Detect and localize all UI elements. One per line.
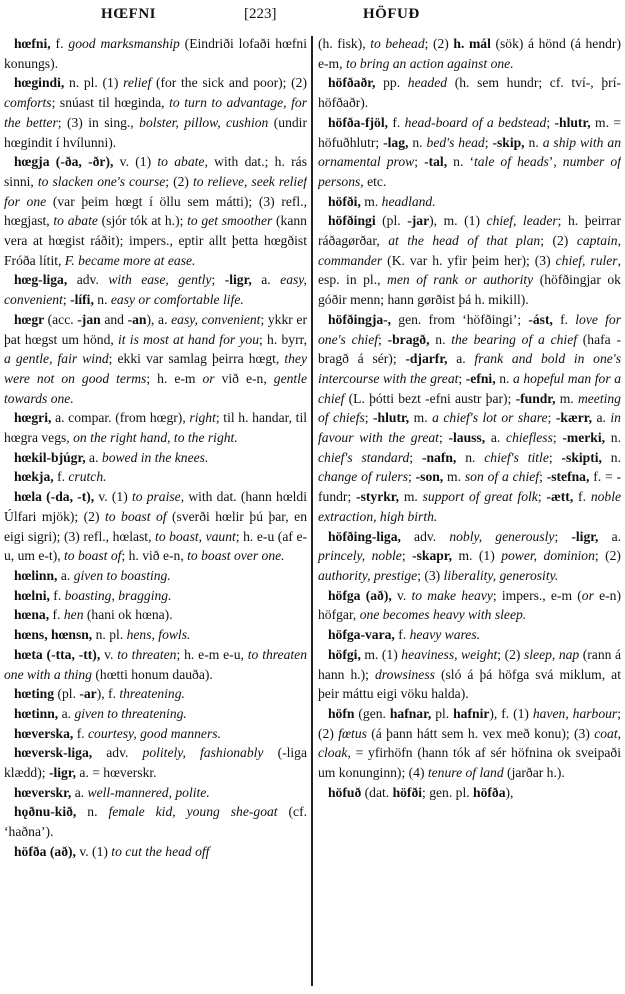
headword: hœla (-da, -t), bbox=[14, 489, 98, 504]
entry-text: a. bbox=[75, 785, 88, 800]
definition: tenure of land bbox=[428, 765, 504, 780]
headword: höfgi, bbox=[328, 647, 364, 662]
dictionary-entry: höfga (að), v. to make heavy; impers., e… bbox=[318, 586, 621, 625]
entry-text: ; (2) bbox=[165, 174, 193, 189]
definition: chief's title bbox=[484, 450, 549, 465]
headword: höfuð bbox=[328, 785, 365, 800]
page-number: [223] bbox=[244, 6, 277, 23]
entry-text: and bbox=[101, 312, 128, 327]
entry-text: f. bbox=[77, 726, 88, 741]
headword: -efni, bbox=[466, 371, 499, 386]
definition: nobly, generously bbox=[449, 529, 554, 544]
definition: a gentle, fair wind bbox=[4, 351, 109, 366]
definition: chief, ruler bbox=[556, 253, 618, 268]
definition: power, dominion bbox=[501, 548, 595, 563]
headword: höfði bbox=[393, 785, 422, 800]
entry-text: ; ekki var samlag þeirra hœgt, bbox=[109, 351, 285, 366]
entry-text: ; h. e-m bbox=[146, 371, 202, 386]
headword: hœting bbox=[14, 686, 57, 701]
definition: easy or comfortable life. bbox=[111, 292, 244, 307]
definition: hen bbox=[64, 607, 84, 622]
entry-text: a. bbox=[612, 529, 621, 544]
entry-text: n. pl. (1) bbox=[69, 75, 123, 90]
entry-text: n. bbox=[87, 804, 108, 819]
entry-text: f. bbox=[56, 36, 69, 51]
entry-text: (hœtti honum dauða). bbox=[92, 667, 213, 682]
headword: -skipti, bbox=[562, 450, 611, 465]
headword: hǫðnu-kið, bbox=[14, 804, 87, 819]
headword: -ar bbox=[79, 686, 96, 701]
entry-text: a. bbox=[62, 706, 75, 721]
headword: -lag, bbox=[383, 135, 412, 150]
entry-text: ; bbox=[549, 450, 562, 465]
entry-text: ; bbox=[554, 529, 571, 544]
headword: -bragð, bbox=[388, 332, 436, 347]
entry-text: a. bbox=[456, 351, 474, 366]
entry-text: n. bbox=[465, 450, 484, 465]
definition: to make heavy bbox=[412, 588, 493, 603]
entry-text: ; bbox=[211, 272, 224, 287]
definition: sleep, nap bbox=[524, 647, 579, 662]
definition: chiefless bbox=[506, 430, 553, 445]
entry-text: ), a. bbox=[147, 312, 172, 327]
dictionary-entry: hœgri, a. compar. (from hœgr), right; ti… bbox=[4, 408, 307, 447]
definition: to praise, bbox=[132, 489, 184, 504]
dictionary-entry: hœgja (-ða, -ðr), v. (1) to abate, with … bbox=[4, 152, 307, 270]
entry-text: (pl. bbox=[382, 213, 407, 228]
entry-text: a. bbox=[261, 272, 280, 287]
entry-text: v. (1) bbox=[98, 489, 132, 504]
dictionary-entry: hǫðnu-kið, n. female kid, young she-goat… bbox=[4, 802, 307, 841]
definition: courtesy, good manners. bbox=[88, 726, 221, 741]
entry-text: f. bbox=[392, 115, 404, 130]
entry-text: adv. bbox=[77, 272, 109, 287]
headword: höfn bbox=[328, 706, 358, 721]
dictionary-entry: hœkil-bjúgr, a. bowed in the knees. bbox=[4, 448, 307, 468]
headword: hœgri, bbox=[14, 410, 55, 425]
definition: son of a chief bbox=[465, 469, 539, 484]
headword: -skip, bbox=[492, 135, 528, 150]
definition: one becomes heavy with sleep. bbox=[360, 607, 526, 622]
headword: höfðingja-, bbox=[328, 312, 398, 327]
entry-text: v. (1) bbox=[79, 844, 111, 859]
headword: -jan bbox=[77, 312, 100, 327]
definition: drowsiness bbox=[375, 667, 435, 682]
definition: politely, fashionably bbox=[143, 745, 264, 760]
definition: right bbox=[189, 410, 215, 425]
entry-text: f. bbox=[560, 312, 575, 327]
dictionary-entry: hœg-liga, adv. with ease, gently; -ligr,… bbox=[4, 270, 307, 309]
definition: hens, fowls. bbox=[127, 627, 191, 642]
entry-text: ; bbox=[553, 430, 563, 445]
dictionary-entry: höfði, m. headland. bbox=[318, 192, 621, 212]
dictionary-entry: hœlni, f. boasting, bragging. bbox=[4, 586, 307, 606]
entry-text: (hani ok hœna). bbox=[84, 607, 173, 622]
entry-text: (gen. bbox=[358, 706, 389, 721]
entry-text: m. bbox=[414, 410, 432, 425]
definition: the bearing of a chief bbox=[451, 332, 577, 347]
definition: fœtus bbox=[338, 726, 367, 741]
definition: good marksmanship bbox=[68, 36, 179, 51]
right-column: (h. fisk), to behead; (2) h. mál (sök) á… bbox=[318, 34, 621, 992]
entry-text: (h. fisk), bbox=[318, 36, 370, 51]
entry-text: gen. from ‘höfðingi’; bbox=[398, 312, 528, 327]
entry-text: m. bbox=[364, 194, 381, 209]
entry-text: ; bbox=[458, 371, 465, 386]
entry-text: (acc. bbox=[48, 312, 78, 327]
entry-text: ; bbox=[63, 292, 70, 307]
entry-text: f. bbox=[53, 588, 64, 603]
dictionary-entry: hœting (pl. -ar), f. threatening. bbox=[4, 684, 307, 704]
definition: a chief's lot or share bbox=[432, 410, 547, 425]
dictionary-entry: höfga-vara, f. heavy wares. bbox=[318, 625, 621, 645]
entry-text: f. bbox=[57, 469, 68, 484]
headword: -ligr, bbox=[225, 272, 262, 287]
left-guide-word: HŒFNI bbox=[101, 6, 156, 23]
entry-text: ; bbox=[365, 410, 373, 425]
definition: bolster, pillow, cushion bbox=[139, 115, 268, 130]
dictionary-entry: hœna, f. hen (hani ok hœna). bbox=[4, 605, 307, 625]
entry-text: ; h. e-m e-u, bbox=[176, 647, 247, 662]
entry-text: ; (2) bbox=[425, 36, 454, 51]
definition: headed bbox=[408, 75, 447, 90]
entry-text: n. pl. bbox=[96, 627, 127, 642]
definition: comforts bbox=[4, 95, 52, 110]
headword: -hlutr, bbox=[555, 115, 596, 130]
entry-text: pl. bbox=[431, 706, 453, 721]
headword: höfga (að), bbox=[328, 588, 397, 603]
headword: höfga-vara, bbox=[328, 627, 398, 642]
entry-text: við e-n, bbox=[215, 371, 274, 386]
entry-text: n. bbox=[529, 135, 543, 150]
entry-text: (L. þótti bezt -efni austr þar); bbox=[344, 391, 515, 406]
entry-text: a. = hœverskr. bbox=[79, 765, 156, 780]
headword: -son, bbox=[416, 469, 447, 484]
definition: or bbox=[582, 588, 594, 603]
entry-text: ; (3) in sing., bbox=[58, 115, 139, 130]
definition: to boast, vaunt bbox=[155, 529, 236, 544]
entry-text: ; bbox=[414, 154, 424, 169]
entry-text: f. bbox=[398, 627, 409, 642]
definition: authority, prestige bbox=[318, 568, 417, 583]
entry-text: f. bbox=[578, 489, 591, 504]
entry-text: n. bbox=[435, 332, 451, 347]
entry-text: n. bbox=[97, 292, 111, 307]
definition: to boast over one. bbox=[187, 548, 284, 563]
definition: liberality, generosity. bbox=[444, 568, 559, 583]
entry-text: n. bbox=[611, 450, 621, 465]
entry-text: a. bbox=[491, 430, 506, 445]
dictionary-entry: hœgindi, n. pl. (1) relief (for the sick… bbox=[4, 73, 307, 152]
entry-text: ; (2) bbox=[595, 548, 621, 563]
entry-text: a. bbox=[61, 568, 74, 583]
entry-text: m. bbox=[404, 489, 423, 504]
entry-text: m. bbox=[447, 469, 465, 484]
headword: höfða-fjöl, bbox=[328, 115, 392, 130]
dictionary-entry: hœkja, f. crutch. bbox=[4, 467, 307, 487]
entry-text: ; bbox=[548, 410, 556, 425]
headword: -styrkr, bbox=[356, 489, 404, 504]
headword: -skapr, bbox=[412, 548, 458, 563]
entry-text: ; bbox=[402, 548, 412, 563]
headword: -djarfr, bbox=[405, 351, 456, 366]
definition: it is most at hand for you bbox=[118, 332, 259, 347]
entry-text: n. ‘ bbox=[453, 154, 474, 169]
definition: female kid, young she-goat bbox=[108, 804, 277, 819]
entry-text: (á þann hátt sem h. vex með konu); (3) bbox=[367, 726, 594, 741]
definition: tale of heads bbox=[474, 154, 549, 169]
entry-text: n. bbox=[412, 135, 426, 150]
entry-text: ; h. við e-n, bbox=[121, 548, 187, 563]
definition: given to threatening. bbox=[74, 706, 186, 721]
entry-text: ; bbox=[546, 115, 554, 130]
dictionary-entry: höfðingja-, gen. from ‘höfðingi’; -ást, … bbox=[318, 310, 621, 527]
entry-text: ; bbox=[539, 469, 547, 484]
headword: -an bbox=[128, 312, 147, 327]
definition: to boast of bbox=[64, 548, 121, 563]
headword: höfðing-liga, bbox=[328, 529, 414, 544]
headword: -jar bbox=[407, 213, 429, 228]
definition: to boast of bbox=[105, 509, 167, 524]
entry-text: a. compar. (from hœgr), bbox=[55, 410, 189, 425]
definition: crutch. bbox=[68, 469, 106, 484]
definition: boasting, bragging. bbox=[65, 588, 172, 603]
headword: höfðaðr, bbox=[328, 75, 383, 90]
dictionary-entry: höfuð (dat. höfði; gen. pl. höfða), bbox=[318, 783, 621, 803]
headword: -hlutr, bbox=[373, 410, 414, 425]
headword: -ligr, bbox=[49, 765, 79, 780]
definition: head-board of a bedstead bbox=[405, 115, 547, 130]
headword: -nafn, bbox=[422, 450, 465, 465]
headword: höfða bbox=[473, 785, 505, 800]
entry-text: (sjór tók at h.); bbox=[98, 213, 187, 228]
headword: h. mál bbox=[453, 36, 490, 51]
entry-text: ; impers., e-m ( bbox=[493, 588, 582, 603]
entry-text: adv. bbox=[106, 745, 142, 760]
headword: -ligr, bbox=[571, 529, 611, 544]
definition: support of great folk bbox=[423, 489, 538, 504]
definition: men of rank or authority bbox=[387, 272, 533, 287]
entry-text: a. bbox=[89, 450, 102, 465]
dictionary-entry: hœversk-liga, adv. politely, fashionably… bbox=[4, 743, 307, 782]
definition: to bring an action against one. bbox=[346, 56, 514, 71]
headword: -stefna, bbox=[547, 469, 594, 484]
headword: -ást, bbox=[528, 312, 560, 327]
definition: to threaten bbox=[117, 647, 176, 662]
entry-text: (pl. bbox=[57, 686, 79, 701]
dictionary-entry: hœfni, f. good marksmanship (Eindriði lo… bbox=[4, 34, 307, 73]
headword: höfðingi bbox=[328, 213, 382, 228]
dictionary-entry: hœta (-tta, -tt), v. to threaten; h. e-m… bbox=[4, 645, 307, 684]
headword: -fundr, bbox=[516, 391, 560, 406]
entry-text: ), f. bbox=[97, 686, 120, 701]
dictionary-entry: hœverskr, a. well-mannered, polite. bbox=[4, 783, 307, 803]
headword: -merki, bbox=[562, 430, 610, 445]
entry-text: (jarðar h.). bbox=[504, 765, 565, 780]
entry-text: v. bbox=[397, 588, 412, 603]
entry-text: ; (2) bbox=[497, 647, 524, 662]
dictionary-entry: höfða (að), v. (1) to cut the head off bbox=[4, 842, 307, 862]
entry-text: m. bbox=[560, 391, 578, 406]
entry-text: ; h. byrr, bbox=[259, 332, 307, 347]
dictionary-entry: höfn (gen. hafnar, pl. hafnir), f. (1) h… bbox=[318, 704, 621, 783]
entry-text: ; bbox=[378, 332, 388, 347]
headword: höfða (að), bbox=[14, 844, 79, 859]
entry-text: ), m. (1) bbox=[429, 213, 486, 228]
headword: -lauss, bbox=[448, 430, 490, 445]
dictionary-entry: höfðaðr, pp. headed (h. sem hundr; cf. t… bbox=[318, 73, 621, 112]
entry-text: ; snúast til hœginda, bbox=[52, 95, 170, 110]
entry-text: (for the sick and poor); (2) bbox=[151, 75, 307, 90]
dictionary-entry: hœlinn, a. given to boasting. bbox=[4, 566, 307, 586]
definition: chief, leader bbox=[487, 213, 558, 228]
definition: headland. bbox=[382, 194, 436, 209]
entry-text: v. bbox=[104, 647, 117, 662]
column-divider bbox=[311, 36, 313, 986]
entry-text: ; bbox=[409, 450, 422, 465]
entry-text: ; gen. pl. bbox=[422, 785, 473, 800]
headword: hœna, bbox=[14, 607, 53, 622]
entry-text: (K. var h. yfir þeim her); (3) bbox=[382, 253, 555, 268]
entry-text: f. bbox=[53, 607, 64, 622]
definition: to cut the head off bbox=[111, 844, 209, 859]
definition: relief bbox=[123, 75, 151, 90]
dictionary-entry: höfgi, m. (1) heaviness, weight; (2) sle… bbox=[318, 645, 621, 704]
entry-text: ), f. (1) bbox=[489, 706, 532, 721]
definition: given to boasting. bbox=[74, 568, 171, 583]
headword: hafnar, bbox=[390, 706, 431, 721]
entry-text: (dat. bbox=[365, 785, 393, 800]
definition: to behead bbox=[370, 36, 424, 51]
entry-text: adv. bbox=[414, 529, 449, 544]
entry-text: pp. bbox=[383, 75, 408, 90]
definition: chief's standard bbox=[318, 450, 409, 465]
headword: hœversk-liga, bbox=[14, 745, 106, 760]
dictionary-entry-continuation: (h. fisk), to behead; (2) h. mál (sök) á… bbox=[318, 34, 621, 73]
definition: to slacken one's course bbox=[38, 174, 165, 189]
definition: to get smoother bbox=[187, 213, 272, 228]
definition: to abate bbox=[53, 213, 98, 228]
definition: easy, convenient bbox=[171, 312, 260, 327]
headword: hœns, hœnsn, bbox=[14, 627, 96, 642]
definition: change of rulers bbox=[318, 469, 408, 484]
headword: hafnir bbox=[453, 706, 489, 721]
definition: or bbox=[203, 371, 215, 386]
entry-text: m. (1) bbox=[364, 647, 401, 662]
entry-text: v. (1) bbox=[120, 154, 158, 169]
headword: -tal, bbox=[424, 154, 453, 169]
dictionary-entry: hœtinn, a. given to threatening. bbox=[4, 704, 307, 724]
entry-text: n. bbox=[611, 430, 621, 445]
running-header: HŒFNI [223] HÖFUÐ bbox=[0, 6, 625, 26]
headword: hœkja, bbox=[14, 469, 57, 484]
definition: threatening. bbox=[119, 686, 185, 701]
dictionary-entry: höfðingi (pl. -jar), m. (1) chief, leade… bbox=[318, 211, 621, 310]
entry-text: m. (1) bbox=[458, 548, 501, 563]
left-column: hœfni, f. good marksmanship (Eindriði lo… bbox=[4, 34, 307, 992]
right-guide-word: HÖFUÐ bbox=[363, 6, 420, 23]
definition: princely, noble bbox=[318, 548, 402, 563]
headword: hœg-liga, bbox=[14, 272, 77, 287]
headword: hœgja (-ða, -ðr), bbox=[14, 154, 120, 169]
headword: hœverska, bbox=[14, 726, 77, 741]
dictionary-entry: hœns, hœnsn, n. pl. hens, fowls. bbox=[4, 625, 307, 645]
entry-text: a. bbox=[596, 410, 610, 425]
dictionary-entry: hœla (-da, -t), v. (1) to praise, with d… bbox=[4, 487, 307, 566]
headword: -ætt, bbox=[546, 489, 578, 504]
definition: well-mannered, polite. bbox=[88, 785, 210, 800]
headword: hœlni, bbox=[14, 588, 53, 603]
dictionary-entry: hœgr (acc. -jan and -an), a. easy, conve… bbox=[4, 310, 307, 409]
entry-text: , etc. bbox=[360, 174, 386, 189]
definition: to abate, bbox=[157, 154, 207, 169]
definition: at the head of that plan bbox=[388, 233, 540, 248]
headword: hœlinn, bbox=[14, 568, 61, 583]
definition: on the right hand, to the right. bbox=[73, 430, 238, 445]
headword: hœgindi, bbox=[14, 75, 69, 90]
definition: bowed in the knees. bbox=[102, 450, 208, 465]
entry-text: ’, bbox=[549, 154, 563, 169]
headword: hœkil-bjúgr, bbox=[14, 450, 89, 465]
definition: F. became more at ease. bbox=[65, 253, 196, 268]
definition: with ease, gently bbox=[108, 272, 211, 287]
entry-text: ; (2) bbox=[540, 233, 577, 248]
headword: hœta (-tta, -tt), bbox=[14, 647, 104, 662]
headword: hœfni, bbox=[14, 36, 56, 51]
entry-text: ; (3) bbox=[417, 568, 443, 583]
headword: hœverskr, bbox=[14, 785, 75, 800]
definition: heavy wares. bbox=[410, 627, 480, 642]
definition: heaviness, weight bbox=[401, 647, 497, 662]
dictionary-entry: hœverska, f. courtesy, good manners. bbox=[4, 724, 307, 744]
headword: hœgr bbox=[14, 312, 48, 327]
headword: hœtinn, bbox=[14, 706, 62, 721]
definition: haven, harbour bbox=[533, 706, 617, 721]
entry-text: ; bbox=[408, 469, 416, 484]
headword: -lífi, bbox=[70, 292, 97, 307]
headword: höfði, bbox=[328, 194, 364, 209]
entry-text: ), bbox=[506, 785, 514, 800]
definition: bed's head bbox=[427, 135, 485, 150]
dictionary-entry: höfða-fjöl, f. head-board of a bedstead;… bbox=[318, 113, 621, 192]
dictionary-entry: höfðing-liga, adv. nobly, generously; -l… bbox=[318, 527, 621, 586]
entry-text: n. bbox=[499, 371, 513, 386]
headword: -kærr, bbox=[556, 410, 597, 425]
